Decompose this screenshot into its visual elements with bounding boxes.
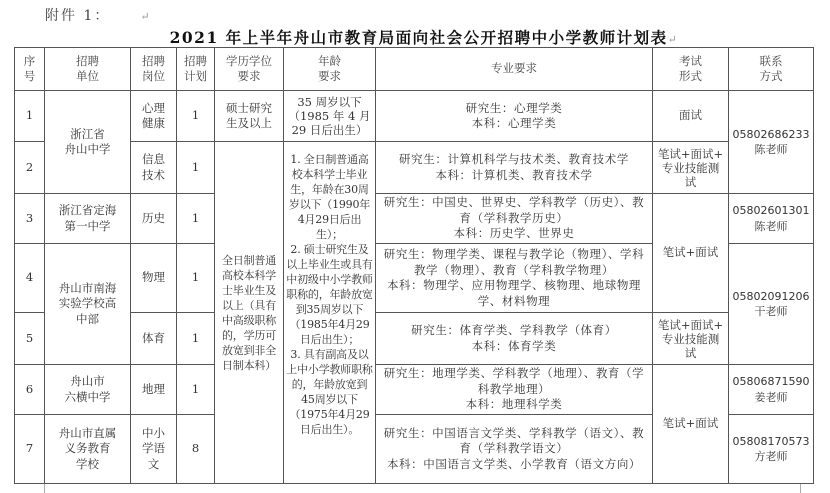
contact-row3: 05802601301 陈老师: [729, 194, 814, 244]
unit-zhoushan-middle: 浙江省 舟山中学: [45, 91, 131, 194]
row-position: 信息 技术: [131, 142, 177, 194]
contact-person: 干老师: [731, 304, 811, 320]
contact-person: 方老师: [731, 449, 811, 465]
row-major: 研究生：物理学类、课程与教学论（物理）、学科教学（物理）、教育（学科教学物理） …: [376, 244, 653, 313]
table-row: 6 舟山市 六横中学 地理 1 研究生：地理学类、学科教学（地理）、教育（学科教…: [15, 365, 814, 415]
row-position: 地理: [131, 365, 177, 415]
attachment-label: 附件 1：↵: [45, 5, 152, 25]
row-seq: 4: [15, 244, 45, 313]
contact-row7: 05808170573 方老师: [729, 415, 814, 484]
exam-rows6-7: 笔试+面试: [653, 365, 729, 484]
contact-person: 姜老师: [731, 390, 811, 406]
row-seq: 7: [15, 415, 45, 484]
header-age: 年龄 要求: [284, 48, 376, 91]
table-header-row: 序 号 招聘 单位 招聘 岗位 招聘 计划 学历学位 要求 年龄 要求 专业要求…: [15, 48, 814, 91]
document-title-text: 2021 年上半年舟山市教育局面向社会公开招聘中小学教师计划表: [170, 28, 668, 47]
header-major: 专业要求: [376, 48, 653, 91]
row-plan: 8: [177, 415, 215, 484]
unit-liuheng-middle: 舟山市 六横中学: [45, 365, 131, 415]
contact-person: 陈老师: [731, 142, 811, 158]
attachment-label-text: 附件 1：: [45, 8, 110, 24]
exam-rows3-4: 笔试+面试: [653, 194, 729, 313]
table-row: 2 信息 技术 1 全日制普通高校本科学士毕业生及以上（具有中高级职称的，学历可…: [15, 142, 814, 194]
row-plan: 1: [177, 244, 215, 313]
row-plan: 1: [177, 365, 215, 415]
page-margin-mark: [44, 484, 45, 493]
paragraph-mark-icon: ↵: [668, 33, 679, 46]
unit-dinghai-first: 浙江省定海 第一中学: [45, 194, 131, 244]
exam-row1: 面试: [653, 91, 729, 142]
row-major: 研究生：中国语言文学类、学科教学（语文）、教育（学科教学语文） 本科：中国语言文…: [376, 415, 653, 484]
row-position: 历史: [131, 194, 177, 244]
row-plan: 1: [177, 142, 215, 194]
header-plan: 招聘 计划: [177, 48, 215, 91]
row-major: 研究生：地理学类、学科教学（地理）、教育（学科教学地理） 本科：地理科学类: [376, 365, 653, 415]
document-title: 2021 年上半年舟山市教育局面向社会公开招聘中小学教师计划表↵: [0, 26, 830, 48]
paragraph-mark-icon: ↵: [140, 10, 151, 23]
contact-phone: 05806871590: [731, 374, 811, 390]
contact-person: 陈老师: [731, 219, 811, 235]
contact-phone: 05802686233: [731, 127, 811, 143]
unit-nanhai-experimental: 舟山市南海 实验学校高 中部: [45, 244, 131, 365]
header-position: 招聘 岗位: [131, 48, 177, 91]
table-row: 5 体育 1 研究生：体育学类、学科教学（体育） 本科：体育学类 笔试+面试+ …: [15, 313, 814, 365]
recruitment-plan-table: 序 号 招聘 单位 招聘 岗位 招聘 计划 学历学位 要求 年龄 要求 专业要求…: [14, 47, 814, 484]
row-seq: 3: [15, 194, 45, 244]
table-row: 1 浙江省 舟山中学 心理 健康 1 硕士研究 生及以上 35 周岁以下 （19…: [15, 91, 814, 142]
contact-row6: 05806871590 姜老师: [729, 365, 814, 415]
contact-phone: 05808170573: [731, 434, 811, 450]
education-row1: 硕士研究 生及以上: [215, 91, 284, 142]
header-contact: 联系 方式: [729, 48, 814, 91]
row-position: 中小 学语 文: [131, 415, 177, 484]
header-unit: 招聘 单位: [45, 48, 131, 91]
exam-row5: 笔试+面试+ 专业技能测 试: [653, 313, 729, 365]
header-seq: 序 号: [15, 48, 45, 91]
row-position: 体育: [131, 313, 177, 365]
row-plan: 1: [177, 313, 215, 365]
exam-row2: 笔试+面试+ 专业技能测 试: [653, 142, 729, 194]
row-seq: 2: [15, 142, 45, 194]
contact-rows4-5: 05802091206 干老师: [729, 244, 814, 365]
row-plan: 1: [177, 91, 215, 142]
row-major: 研究生：心理学类 本科：心理学类: [376, 91, 653, 142]
row-seq: 1: [15, 91, 45, 142]
unit-direct-compulsory: 舟山市直属 义务教育 学校: [45, 415, 131, 484]
row-major: 研究生：计算机科学与技术类、教育技术学 本科：计算机类、教育技术学: [376, 142, 653, 194]
row-major: 研究生：体育学类、学科教学（体育） 本科：体育学类: [376, 313, 653, 365]
header-exam: 考试 形式: [653, 48, 729, 91]
table-row: 3 浙江省定海 第一中学 历史 1 研究生：中国史、世界史、学科教学（历史）、教…: [15, 194, 814, 244]
row-position: 心理 健康: [131, 91, 177, 142]
education-rows2-7: 全日制普通高校本科学士毕业生及以上（具有中高级职称的，学历可放宽到非全日制本科）: [215, 142, 284, 484]
contact-phone: 05802601301: [731, 203, 811, 219]
page-margin-mark: [800, 484, 801, 493]
row-major: 研究生：中国史、世界史、学科教学（历史）、教育（学科教学历史） 本科：历史学、世…: [376, 194, 653, 244]
row-plan: 1: [177, 194, 215, 244]
row-seq: 6: [15, 365, 45, 415]
header-education: 学历学位 要求: [215, 48, 284, 91]
age-row1: 35 周岁以下 （1985 年 4 月 29 日后出生）: [284, 91, 376, 142]
row-seq: 5: [15, 313, 45, 365]
age-rows2-7: 1. 全日制普通高校本科学士毕业生，年龄在30周岁以下（1990年4月29日后出…: [284, 142, 376, 484]
contact-phone: 05802091206: [731, 289, 811, 305]
row-position: 物理: [131, 244, 177, 313]
contact-rows1-2: 05802686233 陈老师: [729, 91, 814, 194]
